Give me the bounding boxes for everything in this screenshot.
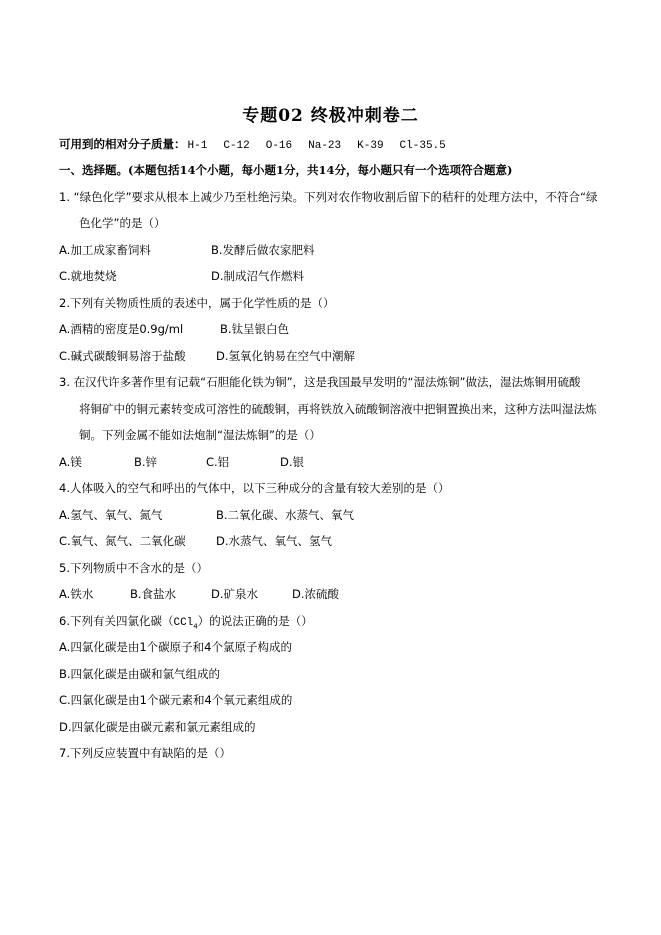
- question-4-option-a[interactable]: A.氢气、氧气、氮气: [59, 507, 162, 523]
- question-2-option-c[interactable]: C.碱式碳酸铜易溶于盐酸: [59, 348, 186, 364]
- question-1-option-a[interactable]: A.加工成家畜饲料: [59, 242, 151, 258]
- question-6-option-c[interactable]: C.四氯化碳是由1个碳元素和4个氧元素组成的: [59, 692, 292, 708]
- section-heading: 一、选择题。(本题包括14个小题，每小题1分，共14分，每小题只有一个选项符合题…: [59, 162, 512, 178]
- question-4-option-d[interactable]: D.水蒸气、氧气、氢气: [216, 533, 332, 549]
- question-3-text-cont: 将铜矿中的铜元素转变成可溶性的硫酸铜，再将铁放入硫酸铜溶液中把铜置换出来，这种方…: [79, 401, 597, 417]
- question-5-option-d[interactable]: D.浓硫酸: [292, 586, 339, 602]
- question-3-option-b[interactable]: B.锌: [134, 454, 157, 470]
- question-1-text-cont: 色化学”的是（）: [79, 215, 165, 231]
- question-2-text: 2.下列有关物质性质的表述中，属于化学性质的是（）: [59, 295, 334, 311]
- mass-values: H-1C-12O-16Na-23K-39Cl-35.5: [186, 140, 446, 152]
- question-4-option-b[interactable]: B.二氧化碳、水蒸气、氧气: [216, 507, 354, 523]
- question-6-option-a[interactable]: A.四氯化碳是由1个碳原子和4个氯原子构成的: [59, 639, 292, 655]
- question-4-text: 4.人体吸入的空气和呼出的气体中，以下三种成分的含量有较大差别的是（）: [59, 480, 449, 496]
- question-5-text: 5.下列物质中不含水的是（）: [59, 560, 208, 576]
- question-5-option-c[interactable]: D.矿泉水: [211, 586, 258, 602]
- document-page: 专题02 终极冲刺卷二 可用到的相对分子质量：H-1C-12O-16Na-23K…: [0, 0, 661, 935]
- question-5-option-a[interactable]: A.铁水: [59, 586, 93, 602]
- question-3-text-cont2: 铜。下列金属不能如法炮制“湿法炼铜”的是（）: [79, 427, 321, 443]
- mass-item: C-12: [223, 138, 249, 154]
- mass-item: O-16: [266, 138, 292, 154]
- question-3-option-a[interactable]: A.镁: [59, 454, 82, 470]
- question-6-text: 6.下列有关四氯化碳（CCl4）的说法正确的是（）: [59, 613, 313, 634]
- mass-item: Cl-35.5: [400, 138, 446, 154]
- question-7-text: 7.下列反应装置中有缺陷的是（）: [59, 745, 231, 761]
- formula-ccl4: CCl: [173, 617, 193, 629]
- question-1-option-c[interactable]: C.就地焚烧: [59, 268, 117, 284]
- question-6-option-d[interactable]: D.四氯化碳是由碳元素和氯元素组成的: [59, 719, 256, 735]
- question-1-option-b[interactable]: B.发酵后做农家肥料: [211, 242, 315, 258]
- question-6-text-post: ）的说法正确的是（）: [198, 614, 313, 628]
- question-2-option-a[interactable]: A.酒精的密度是0.9g/ml: [59, 321, 183, 337]
- question-5-option-b[interactable]: B.食盐水: [130, 586, 176, 602]
- mass-item: K-39: [357, 138, 383, 154]
- masses-label: 可用到的相对分子质量：: [59, 137, 186, 151]
- question-3-option-c[interactable]: C.铝: [206, 454, 229, 470]
- mass-item: H-1: [188, 138, 208, 154]
- question-2-option-b[interactable]: B.钛呈银白色: [220, 321, 289, 337]
- question-1-text: 1. “绿色化学”要求从根本上减少乃至杜绝污染。下列对农作物收割后留下的秸秆的处…: [59, 189, 598, 205]
- question-6-option-b[interactable]: B.四氯化碳是由碳和氯气组成的: [59, 666, 220, 682]
- question-3-text: 3. 在汉代许多著作里有记载“石胆能化铁为铜”，这是我国最早发明的“湿法炼铜”做…: [59, 374, 580, 390]
- question-1-option-d[interactable]: D.制成沼气作燃料: [211, 268, 304, 284]
- question-6-text-pre: 6.下列有关四氯化碳（: [59, 614, 173, 628]
- question-3-option-d[interactable]: D.银: [280, 454, 304, 470]
- mass-item: Na-23: [308, 138, 341, 154]
- page-title: 专题02 终极冲刺卷二: [0, 101, 661, 126]
- question-2-option-d[interactable]: D.氢氧化钠易在空气中潮解: [216, 348, 355, 364]
- relative-masses: 可用到的相对分子质量：H-1C-12O-16Na-23K-39Cl-35.5: [59, 136, 446, 154]
- question-4-option-c[interactable]: C.氧气、氮气、二氧化碳: [59, 533, 186, 549]
